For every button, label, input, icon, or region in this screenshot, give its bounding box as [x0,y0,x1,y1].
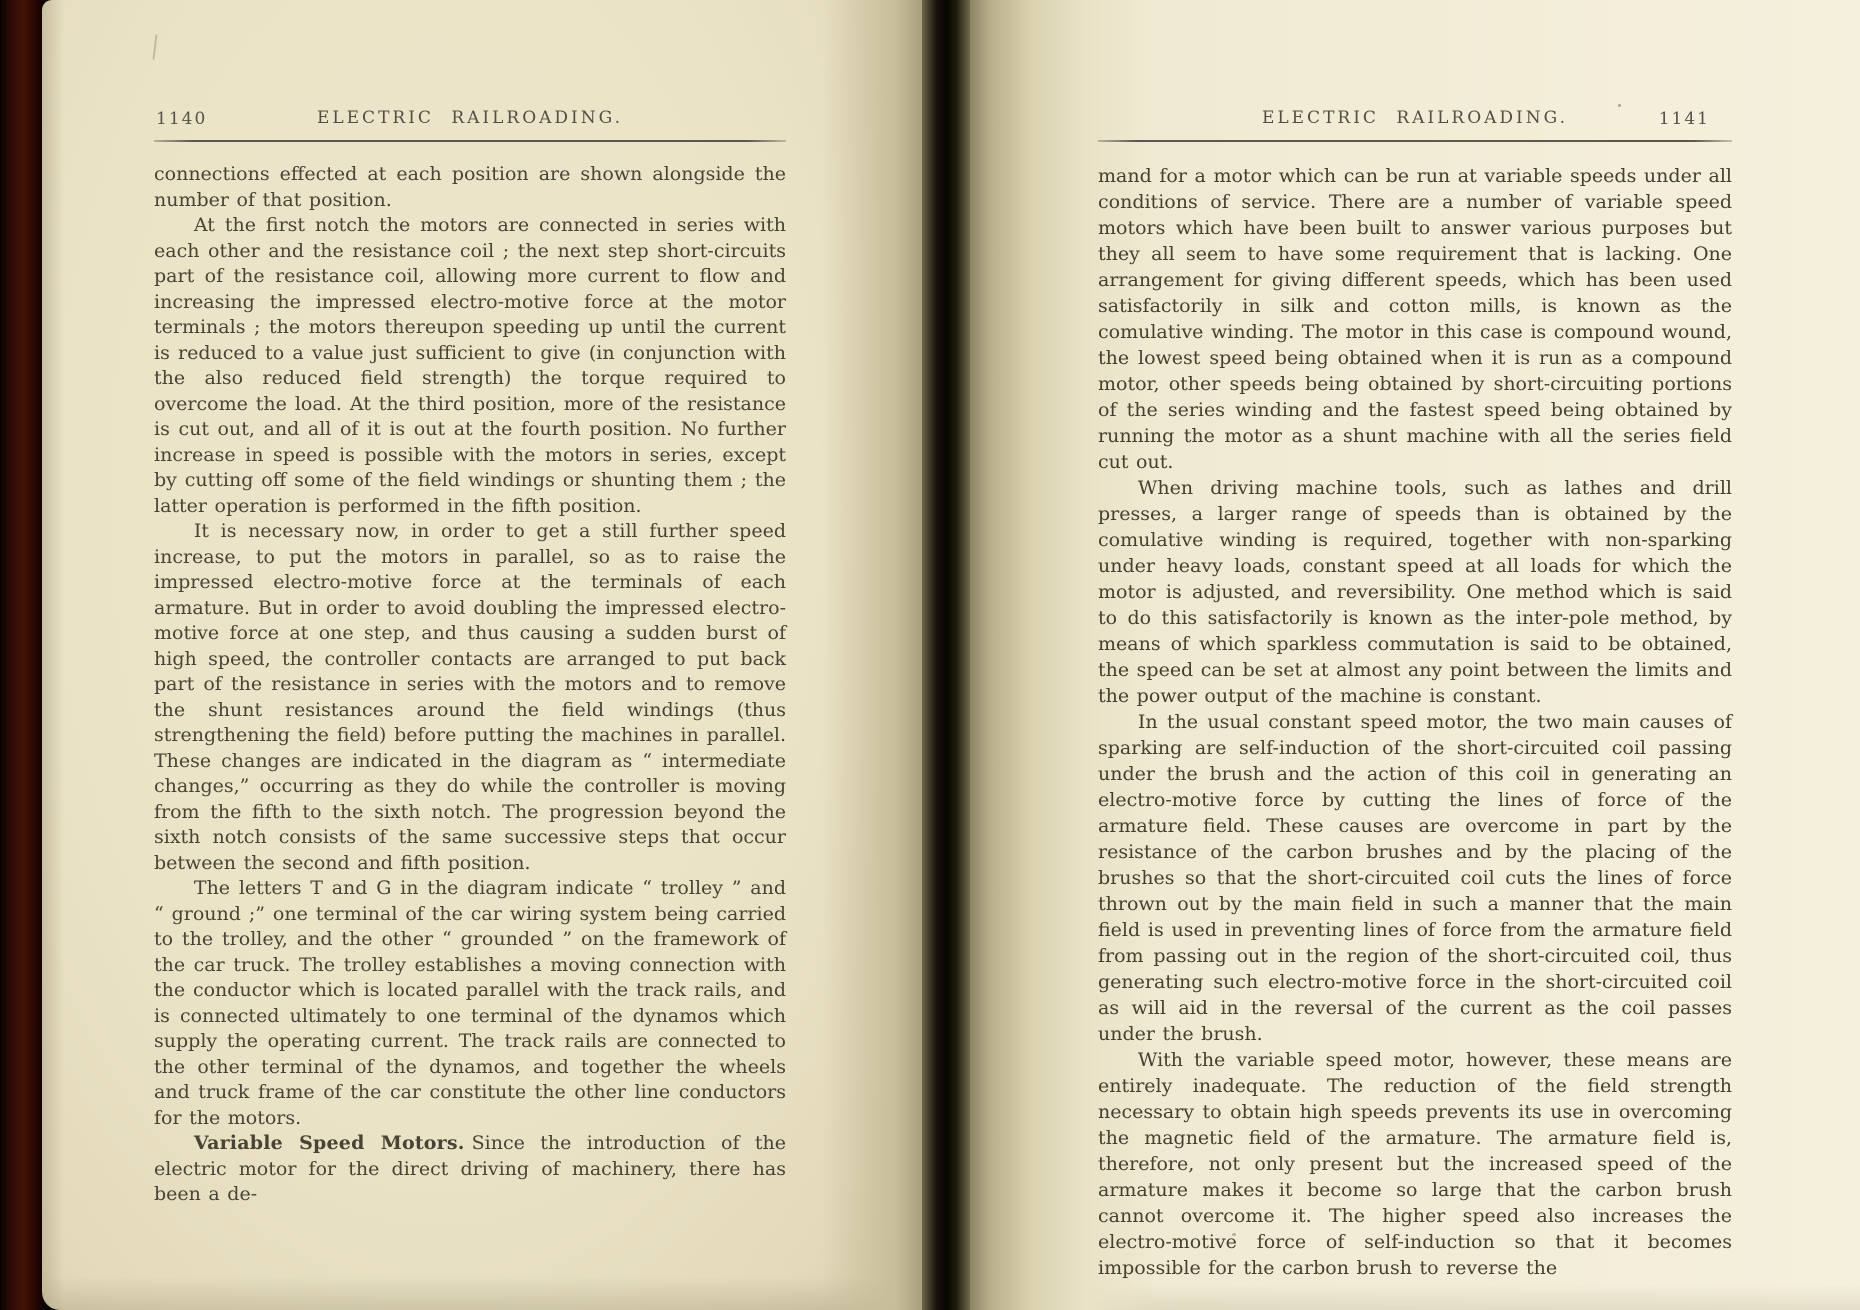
paragraph-lead: Variable Speed Motors. [194,1132,465,1154]
paragraph: It is necessary now, in order to get a s… [154,519,786,876]
book-scan: 1140 ELECTRIC RAILROADING. connections e… [0,0,1860,1310]
header-rule [154,140,786,142]
right-running-title: ELECTRIC RAILROADING. [1098,108,1732,128]
right-page-text: mand for a motor which can be run at var… [1098,163,1732,1281]
paragraph: Variable Speed Motors.Since the introduc… [154,1131,786,1208]
book-edge [0,0,42,1310]
paragraph: When driving machine tools, such as lath… [1098,475,1732,709]
fold-mark [152,34,157,60]
paragraph: With the variable speed motor, however, … [1098,1047,1732,1281]
page-gutter [922,0,970,1310]
paragraph: In the usual constant speed motor, the t… [1098,709,1732,1047]
paragraph: At the first notch the motors are connec… [154,213,786,519]
left-page-text: connections effected at each position ar… [154,162,786,1208]
right-page: ELECTRIC RAILROADING. 1141 mand for a mo… [970,0,1860,1310]
right-page-content: ELECTRIC RAILROADING. 1141 mand for a mo… [1098,108,1732,1281]
left-running-title: ELECTRIC RAILROADING. [154,108,786,128]
left-page-header: 1140 ELECTRIC RAILROADING. [154,108,786,134]
paragraph: The letters T and G in the diagram indic… [154,876,786,1131]
scan-speck [1618,104,1621,107]
header-rule [1098,140,1732,142]
left-page-content: 1140 ELECTRIC RAILROADING. connections e… [154,108,786,1208]
right-page-number: 1141 [1659,109,1710,129]
paragraph: mand for a motor which can be run at var… [1098,163,1732,475]
left-page-number: 1140 [156,109,207,129]
left-page: 1140 ELECTRIC RAILROADING. connections e… [42,0,922,1310]
paragraph: connections effected at each position ar… [154,162,786,213]
right-page-header: ELECTRIC RAILROADING. 1141 [1098,108,1732,134]
